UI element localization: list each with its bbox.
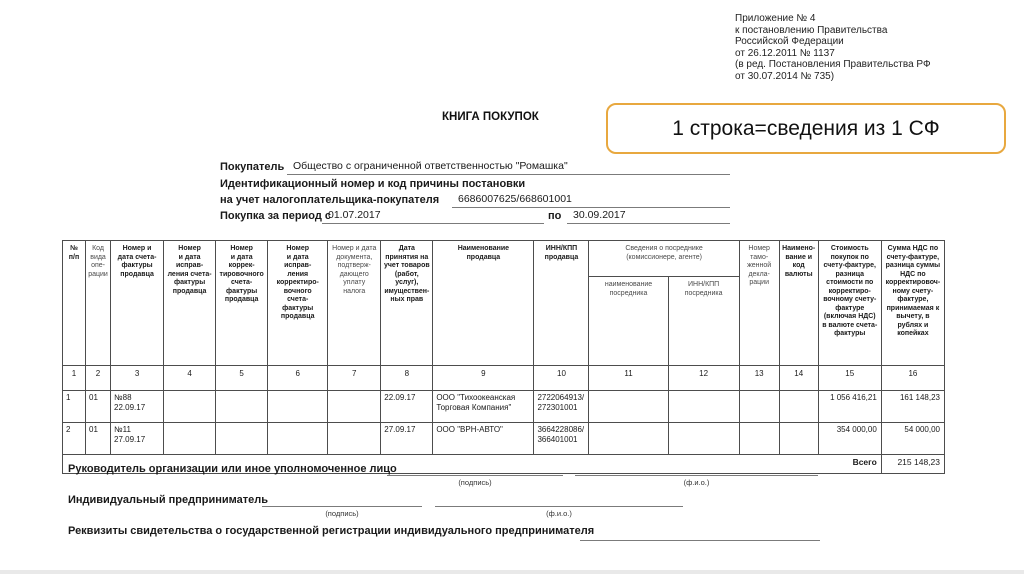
col-num: 6 <box>268 366 328 391</box>
cell <box>668 423 739 455</box>
purchase-book-table: № п/п Код вида опе- рации Номер и дата с… <box>62 240 945 474</box>
cell <box>779 391 818 423</box>
inn-kpp-field: 6686007625/668601001 <box>452 193 730 208</box>
buyer-name-field: Общество с ограниченной ответственностью… <box>287 160 730 175</box>
cell <box>268 423 328 455</box>
cell: 161 148,23 <box>881 391 944 423</box>
col-header-11: наименование посредника <box>589 277 668 366</box>
registration-requisites-label: Реквизиты свидетельства о государственно… <box>68 525 594 537</box>
col-num: 1 <box>63 366 86 391</box>
page-title: КНИГА ПОКУПОК <box>442 111 539 123</box>
inn-label-line1: Идентификационный номер и код причины по… <box>220 178 525 190</box>
cell: ООО "Тихоокеанская Торговая Компания" <box>433 391 534 423</box>
col-num: 8 <box>381 366 433 391</box>
fio-caption: (ф.и.о.) <box>575 478 818 487</box>
cell <box>779 423 818 455</box>
signature-caption: (подпись) <box>262 509 422 518</box>
ip-signature-line <box>262 493 422 507</box>
cell <box>589 423 668 455</box>
cell <box>328 423 381 455</box>
col-num: 15 <box>818 366 881 391</box>
period-label: Покупка за период с <box>220 210 331 222</box>
cell: 01 <box>86 391 111 423</box>
col-header-6: Номер и дата исправ- ления корректиро- в… <box>268 241 328 366</box>
cell: 2 <box>63 423 86 455</box>
col-header-5: Номер и дата коррек- тировочного счета- … <box>216 241 268 366</box>
col-header-15: Стоимость покупок по счету-фактуре, разн… <box>818 241 881 366</box>
col-num: 12 <box>668 366 739 391</box>
head-signature-line <box>387 462 563 476</box>
col-header-3: Номер и дата счета- фактуры продавца <box>111 241 164 366</box>
gov-reference-line: от 26.12.2011 № 1137 <box>735 48 931 60</box>
col-header-9: Наименование продавца <box>433 241 534 366</box>
cell: 54 000,00 <box>881 423 944 455</box>
col-num: 9 <box>433 366 534 391</box>
table-row: 2 01 №11 27.09.17 27.09.17 ООО "ВРН-АВТО… <box>63 423 945 455</box>
gov-reference-line: от 30.07.2014 № 735) <box>735 71 931 83</box>
col-num: 10 <box>534 366 589 391</box>
cell <box>268 391 328 423</box>
gov-reference-line: (в ред. Постановления Правительства РФ <box>735 59 931 71</box>
table-row: 1 01 №88 22.09.17 22.09.17 ООО "Тихоокеа… <box>63 391 945 423</box>
cell <box>216 391 268 423</box>
col-header-group-11-12: Сведения о посреднике (комиссионере, аге… <box>589 241 739 277</box>
cell: 1 <box>63 391 86 423</box>
col-num: 7 <box>328 366 381 391</box>
gov-reference-block: Приложение № 4 к постановлению Правитель… <box>735 13 931 83</box>
col-header-13: Номер тамо- женной декла- рации <box>739 241 779 366</box>
cell <box>164 391 216 423</box>
cell <box>589 391 668 423</box>
col-header-16: Сумма НДС по счету-фактуре, разница сумм… <box>881 241 944 366</box>
gov-reference-line: Российской Федерации <box>735 36 931 48</box>
individual-entrepreneur-label: Индивидуальный предприниматель <box>68 494 268 506</box>
col-header-8: Дата принятия на учет товаров (работ, ус… <box>381 241 433 366</box>
head-fio-line <box>575 462 818 476</box>
column-number-row: 1 2 3 4 5 6 7 8 9 10 11 12 13 14 15 16 <box>63 366 945 391</box>
inn-label-line2: на учет налогоплательщика-покупателя <box>220 194 439 206</box>
cell: 3664228086/ 366401001 <box>534 423 589 455</box>
slide-page: Приложение № 4 к постановлению Правитель… <box>0 0 1024 574</box>
col-header-14: Наимено- вание и код валюты <box>779 241 818 366</box>
col-num: 16 <box>881 366 944 391</box>
col-num: 14 <box>779 366 818 391</box>
cell: ООО "ВРН-АВТО" <box>433 423 534 455</box>
cell: 354 000,00 <box>818 423 881 455</box>
slide-bottom-edge <box>0 570 1024 574</box>
period-to-field: 30.09.2017 <box>567 209 730 224</box>
col-header-7: Номер и дата документа, подтверж- дающег… <box>328 241 381 366</box>
col-header-1: № п/п <box>63 241 86 366</box>
col-num: 2 <box>86 366 111 391</box>
cell: 27.09.17 <box>381 423 433 455</box>
cell: №88 22.09.17 <box>111 391 164 423</box>
cell: 01 <box>86 423 111 455</box>
head-of-org-label: Руководитель организации или иное уполно… <box>68 463 397 475</box>
cell <box>164 423 216 455</box>
cell <box>668 391 739 423</box>
gov-reference-line: Приложение № 4 <box>735 13 931 25</box>
cell <box>328 391 381 423</box>
cell: 1 056 416,21 <box>818 391 881 423</box>
col-num: 13 <box>739 366 779 391</box>
col-num: 11 <box>589 366 668 391</box>
col-num: 3 <box>111 366 164 391</box>
col-num: 4 <box>164 366 216 391</box>
cell: 22.09.17 <box>381 391 433 423</box>
signature-caption: (подпись) <box>387 478 563 487</box>
ip-fio-line <box>435 493 683 507</box>
col-header-2: Код вида опе- рации <box>86 241 111 366</box>
cell <box>216 423 268 455</box>
total-value: 215 148,23 <box>881 455 944 474</box>
annotation-callout: 1 строка=сведения из 1 СФ <box>606 103 1006 154</box>
col-header-12: ИНН/КПП посредника <box>668 277 739 366</box>
period-to-label: по <box>548 210 561 222</box>
gov-reference-line: к постановлению Правительства <box>735 25 931 37</box>
buyer-label: Покупатель <box>220 161 284 173</box>
col-num: 5 <box>216 366 268 391</box>
period-from-field: 01.07.2017 <box>322 209 544 224</box>
cell: 2722064913/ 272301001 <box>534 391 589 423</box>
col-header-10: ИНН/КПП продавца <box>534 241 589 366</box>
cell <box>739 391 779 423</box>
requisites-line <box>580 527 820 541</box>
cell <box>739 423 779 455</box>
cell: №11 27.09.17 <box>111 423 164 455</box>
fio-caption: (ф.и.о.) <box>435 509 683 518</box>
col-header-4: Номер и дата исправ- ления счета- фактур… <box>164 241 216 366</box>
